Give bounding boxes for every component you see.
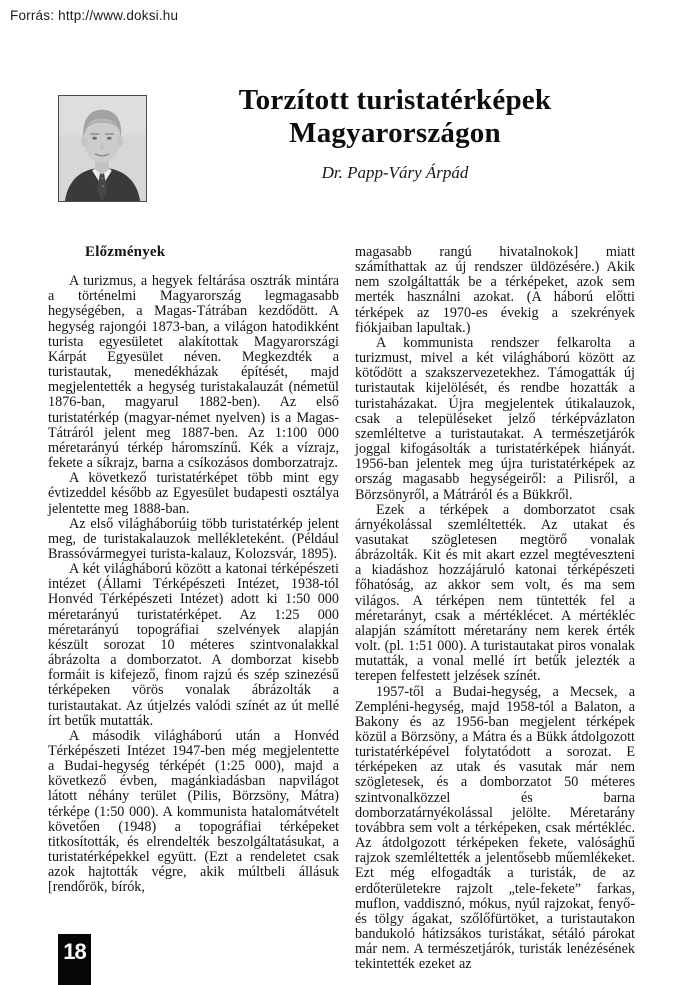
article-header: Torzított turistatérképek Magyarországon… — [160, 84, 630, 183]
article-title: Torzított turistatérképek Magyarországon — [160, 84, 630, 150]
paragraph-continuation: magasabb rangú hivatalnokok] miatt számí… — [355, 245, 635, 336]
article-title-line2: Magyarországon — [160, 117, 630, 150]
author-name: Dr. Papp-Váry Árpád — [160, 163, 630, 183]
left-column: Előzmények A turizmus, a hegyek feltárás… — [48, 245, 339, 896]
paragraph: 1957-től a Budai-hegység, a Mecsek, a Ze… — [355, 685, 635, 973]
paragraph: A következő turistatérképet több mint eg… — [48, 471, 339, 516]
author-portrait-image — [59, 96, 146, 201]
paragraph: Az első világháborúig több turistatérkép… — [48, 517, 339, 562]
page-number-box: 18 — [58, 934, 91, 985]
paragraph: A két világháború között a katonai térké… — [48, 562, 339, 729]
paragraph: Ezek a térképek a domborzatot csak árnyé… — [355, 503, 635, 685]
right-column: magasabb rangú hivatalnokok] miatt számí… — [355, 245, 635, 973]
article-title-line1: Torzított turistatérképek — [160, 84, 630, 117]
paragraph: A kommunista rendszer felkarolta a turiz… — [355, 336, 635, 503]
paragraph: A turizmus, a hegyek feltárása osztrák m… — [48, 274, 339, 471]
page-number: 18 — [63, 941, 85, 963]
source-line: Forrás: http://www.doksi.hu — [10, 8, 178, 23]
author-portrait — [58, 95, 147, 202]
paragraph: A második világháború után a Honvéd Térk… — [48, 729, 339, 896]
section-heading: Előzmények — [85, 245, 339, 260]
